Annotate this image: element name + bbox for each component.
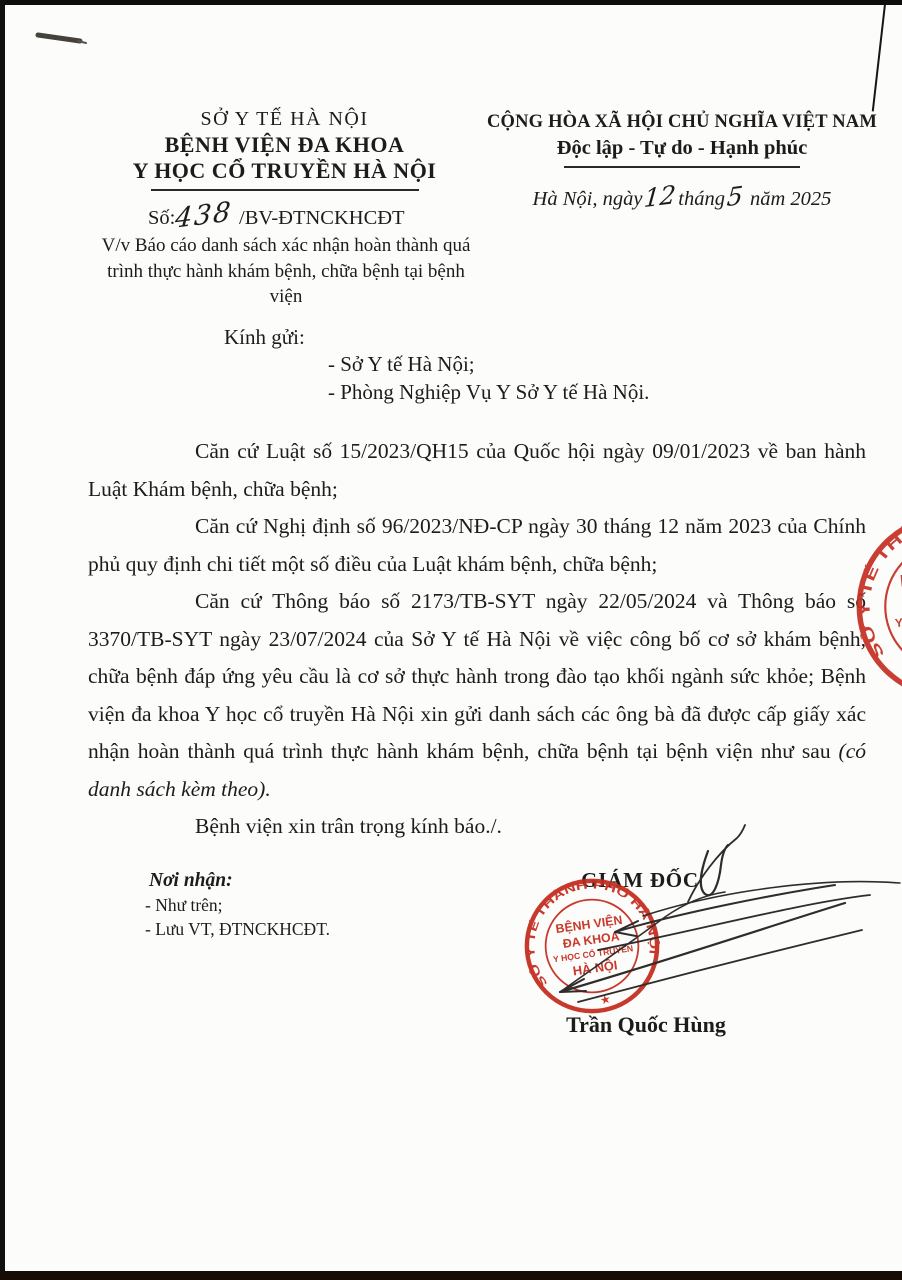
issuer-header: SỞ Y TẾ HÀ NỘI BỆNH VIỆN ĐA KHOA Y HỌC C…	[92, 108, 477, 191]
distribution-item: - Lưu VT, ĐTNCKHCĐT.	[145, 918, 330, 942]
subject-line: V/v Báo cáo danh sách xác nhận hoàn thàn…	[95, 233, 477, 310]
partial-stamp-right-edge: SỞ Y TẾ THÀNH PHỐ HÀ NỘI BỆNH VIỆN ĐA KH…	[847, 504, 902, 709]
issuer-name-line2: Y HỌC CỔ TRUYỀN HÀ NỘI	[92, 158, 477, 184]
recipient-item: - Phòng Nghiệp Vụ Y Sở Y tế Hà Nội.	[328, 379, 649, 407]
handwritten-ref-number: 438	[174, 198, 234, 233]
national-header: CỘNG HÒA XÃ HỘI CHỦ NGHĨA VIỆT NAM Độc l…	[478, 112, 886, 211]
director-signature	[500, 795, 902, 1010]
distribution-label: Nơi nhận:	[149, 870, 233, 892]
distribution-list: - Như trên; - Lưu VT, ĐTNCKHCĐT.	[145, 894, 330, 941]
body-paragraph-2: Căn cứ Nghị định số 96/2023/NĐ-CP ngày 3…	[88, 508, 866, 583]
motto-underline	[564, 166, 800, 168]
issuer-name-line1: BỆNH VIỆN ĐA KHOA	[92, 132, 477, 158]
scan-edge-top	[0, 0, 902, 5]
dateline-prefix: Hà Nội, ngày	[533, 188, 643, 210]
dateline-mid: tháng	[678, 188, 725, 210]
scan-edge-bottom	[0, 1271, 902, 1280]
issuer-underline	[151, 189, 419, 191]
body-paragraph-3-main: Căn cứ Thông báo số 2173/TB-SYT ngày 22/…	[88, 589, 866, 763]
salutation-label: Kính gửi:	[224, 325, 305, 350]
pen-mark	[30, 25, 94, 51]
stamp-center-line3: Y HỌC CỔ TRUYỀN	[894, 604, 902, 631]
handwritten-day: 12	[643, 182, 677, 211]
national-motto: Độc lập - Tự do - Hạnh phúc	[478, 137, 886, 160]
ref-code: /BV-ĐTNCKHCĐT	[239, 207, 405, 229]
recipient-list: - Sở Y tế Hà Nội; - Phòng Nghiệp Vụ Y Sở…	[328, 351, 649, 406]
ref-label: Số:	[148, 207, 175, 229]
national-title: CỘNG HÒA XÃ HỘI CHỦ NGHĨA VIỆT NAM	[478, 112, 886, 133]
distribution-item: - Như trên;	[145, 894, 330, 918]
body-paragraph-3: Căn cứ Thông báo số 2173/TB-SYT ngày 22/…	[88, 583, 866, 808]
recipient-item: - Sở Y tế Hà Nội;	[328, 351, 649, 379]
body-paragraph-1: Căn cứ Luật số 15/2023/QH15 của Quốc hội…	[88, 433, 866, 508]
handwritten-month: 5	[726, 183, 744, 210]
issuer-parent-org: SỞ Y TẾ HÀ NỘI	[92, 108, 477, 131]
reference-number: Số:438 /BV-ĐTNCKHCĐT	[148, 202, 405, 230]
dateline-suffix: năm 2025	[750, 188, 831, 210]
dateline: Hà Nội, ngày12tháng5 năm 2025	[478, 184, 886, 211]
scanned-letter-page: SỞ Y TẾ HÀ NỘI BỆNH VIỆN ĐA KHOA Y HỌC C…	[0, 0, 902, 1280]
scan-edge-right	[872, 4, 886, 112]
letter-body: Căn cứ Luật số 15/2023/QH15 của Quốc hội…	[88, 433, 866, 846]
scan-edge-left	[0, 0, 5, 1280]
